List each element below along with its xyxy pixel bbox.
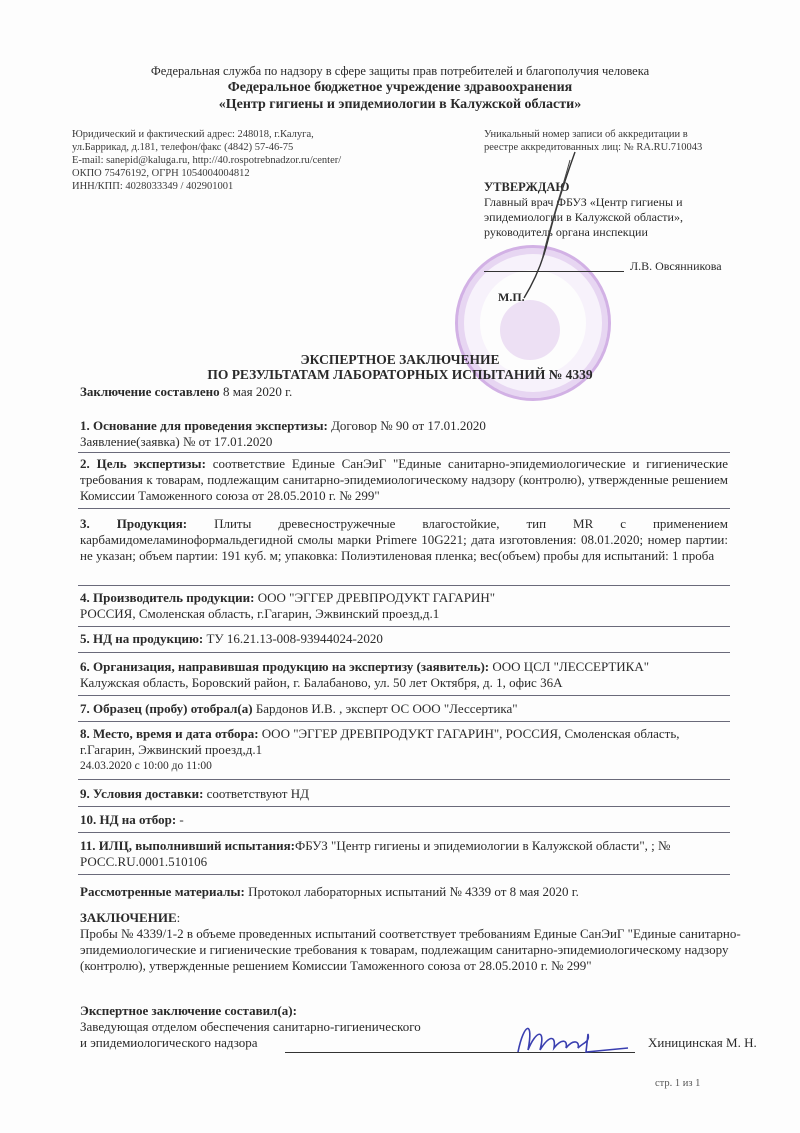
approval-signature-line bbox=[484, 261, 624, 272]
approver-name: Л.В. Овсянникова bbox=[630, 259, 722, 274]
author-position-line2: и эпидемиологического надзора bbox=[80, 1035, 290, 1051]
section-1: 1. Основание для проведения экспертизы: … bbox=[80, 418, 728, 450]
section-11: 11. ИЛЦ, выполнивший испытания:ФБУЗ "Цен… bbox=[80, 838, 728, 870]
accreditation-block: Уникальный номер записи об аккредитации … bbox=[484, 128, 702, 154]
address-line: E-mail: sanepid@kaluga.ru, http://40.ros… bbox=[72, 154, 341, 167]
section-2: 2. Цель экспертизы: соответствие Единые … bbox=[80, 456, 728, 504]
divider bbox=[78, 832, 730, 833]
seal-label: М.П. bbox=[498, 290, 525, 305]
divider bbox=[78, 508, 730, 509]
author-label: Экспертное заключение составил(а): bbox=[80, 1003, 728, 1019]
section-5: 5. НД на продукцию: ТУ 16.21.13-008-9394… bbox=[80, 631, 728, 647]
author-signature-icon bbox=[510, 1012, 630, 1062]
section-8: 8. Место, время и дата отбора: ООО "ЭГГЕ… bbox=[80, 726, 728, 774]
page-number: стр. 1 из 1 bbox=[655, 1078, 700, 1089]
author-name: Хиницинская М. Н. bbox=[648, 1035, 757, 1051]
stamp-emblem-icon bbox=[500, 300, 560, 360]
address-line: Юридический и фактический адрес: 248018,… bbox=[72, 128, 341, 141]
address-block: Юридический и фактический адрес: 248018,… bbox=[72, 128, 341, 193]
approval-block: УТВЕРЖДАЮ Главный врач ФБУЗ «Центр гигие… bbox=[484, 180, 683, 240]
divider bbox=[78, 874, 730, 875]
divider bbox=[78, 652, 730, 653]
section-3: 3. Продукция: Плиты древесностружечные в… bbox=[80, 516, 728, 564]
divider bbox=[78, 452, 730, 453]
divider bbox=[78, 585, 730, 586]
divider bbox=[78, 626, 730, 627]
section-4: 4. Производитель продукции: ООО "ЭГГЕР Д… bbox=[80, 590, 728, 622]
section-6: 6. Организация, направившая продукцию на… bbox=[80, 659, 728, 691]
author-position-line1: Заведующая отделом обеспечения санитарно… bbox=[80, 1019, 728, 1035]
approval-title: УТВЕРЖДАЮ bbox=[484, 180, 683, 195]
section-9: 9. Условия доставки: соответствуют НД bbox=[80, 786, 728, 802]
divider bbox=[78, 721, 730, 722]
document-title: ЭКСПЕРТНОЕ ЗАКЛЮЧЕНИЕ bbox=[0, 352, 800, 368]
reviewed-materials: Рассмотренные материалы: Протокол лабора… bbox=[80, 884, 728, 900]
divider bbox=[78, 695, 730, 696]
section-10: 10. НД на отбор: - bbox=[80, 812, 728, 828]
signature-stroke-icon bbox=[520, 150, 580, 300]
institution-name: Федеральное бюджетное учреждение здравоо… bbox=[0, 80, 800, 96]
approval-line: руководитель органа инспекции bbox=[484, 225, 683, 240]
conclusion-title: ЗАКЛЮЧЕНИЕ: bbox=[80, 910, 728, 926]
divider bbox=[78, 779, 730, 780]
center-name: «Центр гигиены и эпидемиологии в Калужск… bbox=[0, 97, 800, 113]
section-7: 7. Образец (пробу) отобрал(а) Бардонов И… bbox=[80, 701, 728, 717]
divider bbox=[78, 806, 730, 807]
address-line: ИНН/КПП: 4028033349 / 402901001 bbox=[72, 180, 341, 193]
address-line: ОКПО 75476192, ОГРН 1054004004812 bbox=[72, 167, 341, 180]
agency-name: Федеральная служба по надзору в сфере за… bbox=[0, 64, 800, 79]
address-line: ул.Баррикад, д.181, телефон/факс (4842) … bbox=[72, 141, 341, 154]
accreditation-line: Уникальный номер записи об аккредитации … bbox=[484, 128, 702, 141]
conclusion-text: Пробы № 4339/1-2 в объеме проведенных ис… bbox=[80, 926, 770, 974]
approval-line: эпидемиологии в Калужской области», bbox=[484, 210, 683, 225]
compiled-date: Заключение составлено 8 мая 2020 г. bbox=[80, 384, 292, 400]
accreditation-line: реестре аккредитованных лиц: № RA.RU.710… bbox=[484, 141, 702, 154]
approval-line: Главный врач ФБУЗ «Центр гигиены и bbox=[484, 195, 683, 210]
document-subtitle: ПО РЕЗУЛЬТАТАМ ЛАБОРАТОРНЫХ ИСПЫТАНИЙ № … bbox=[0, 367, 800, 383]
